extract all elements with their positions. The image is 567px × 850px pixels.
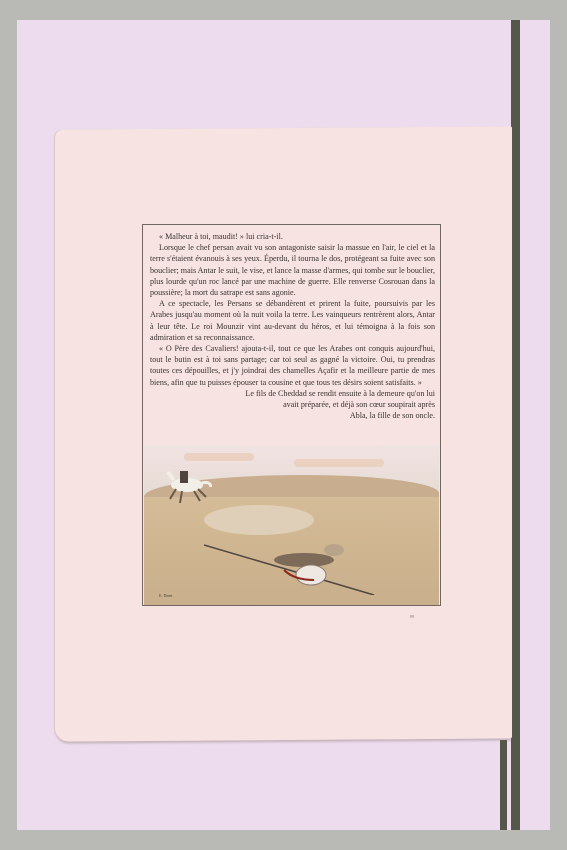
- closing-line-2: avait préparée, et déjà son cœur soupira…: [150, 399, 435, 410]
- fallen-warrior-icon: [204, 540, 394, 595]
- page-number: 89: [410, 614, 414, 619]
- paragraph-3: A ce spectacle, les Persans se débandère…: [150, 298, 435, 343]
- closing-line-1: Le fils de Cheddad se rendit ensuite à l…: [150, 388, 435, 399]
- artist-signature: E. Dinet: [159, 593, 172, 598]
- paragraph-2: Lorsque le chef persan avait vu son anta…: [150, 242, 435, 298]
- paragraph-1: « Malheur à toi, maudit! » lui cria-t-il…: [150, 231, 435, 242]
- paragraph-4: « O Père des Cavaliers! ajouta-t-il, tou…: [150, 343, 435, 388]
- binding-strip: [511, 20, 520, 830]
- illustration: E. Dinet: [144, 445, 439, 605]
- rider-on-horse-icon: [162, 465, 212, 505]
- text-frame: « Malheur à toi, maudit! » lui cria-t-il…: [142, 224, 441, 606]
- dust-cloud: [204, 505, 314, 535]
- body-text: « Malheur à toi, maudit! » lui cria-t-il…: [150, 231, 435, 421]
- binding-strip-lower: [500, 740, 507, 830]
- cloud: [294, 459, 384, 467]
- closing-line-3: Abla, la fille de son oncle.: [150, 410, 435, 421]
- cloud: [184, 453, 254, 461]
